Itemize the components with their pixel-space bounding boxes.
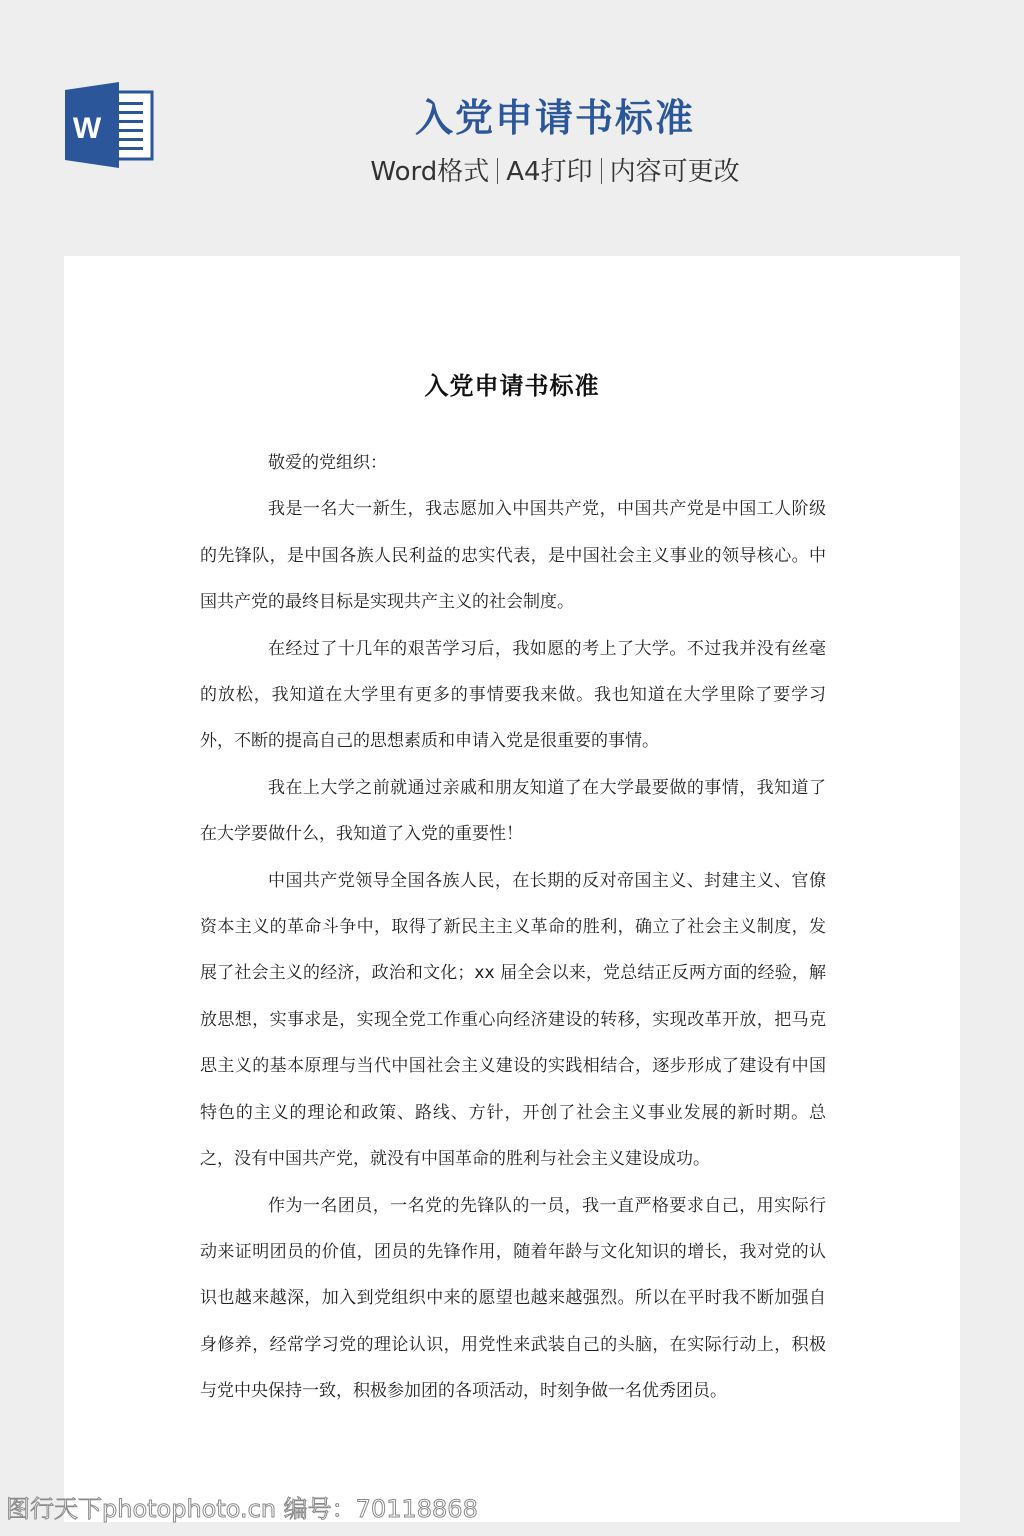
header-banner: W 入党申请书标准 Word格式A4打印内容可更改: [0, 0, 1024, 256]
separator: [497, 158, 498, 184]
paragraph: 中国共产党领导全国各族人民，在长期的反对帝国主义、封建主义、官僚资本主义的革命斗…: [200, 858, 826, 1183]
header-subtitle: Word格式A4打印内容可更改: [330, 152, 780, 192]
header-title: 入党申请书标准: [330, 92, 780, 144]
paragraph: 作为一名团员，一名党的先锋队的一员，我一直严格要求自己，用实际行动来证明团员的价…: [200, 1183, 826, 1415]
document-title: 入党申请书标准: [64, 368, 960, 404]
document-body: 敬爱的党组织： 我是一名大一新生，我志愿加入中国共产党，中国共产党是中国工人阶级…: [200, 440, 826, 1415]
paragraph: 我在上大学之前就通过亲戚和朋友知道了在大学最要做的事情，我知道了在大学要做什么，…: [200, 765, 826, 858]
format-label: Word格式: [370, 157, 489, 187]
svg-text:W: W: [73, 112, 102, 145]
print-label: A4打印: [506, 157, 592, 187]
paragraph: 在经过了十几年的艰苦学习后，我如愿的考上了大学。不过我并没有丝毫的放松，我知道在…: [200, 626, 826, 765]
word-document-icon: W: [65, 82, 155, 168]
watermark: 图行天下photophoto.cn 编号：70118868: [6, 1494, 478, 1524]
editable-label: 内容可更改: [610, 157, 740, 187]
salutation: 敬爱的党组织：: [200, 440, 826, 486]
document-page: 入党申请书标准 敬爱的党组织： 我是一名大一新生，我志愿加入中国共产党，中国共产…: [64, 256, 960, 1522]
paragraph: 我是一名大一新生，我志愿加入中国共产党，中国共产党是中国工人阶级的先锋队，是中国…: [200, 486, 826, 625]
separator: [601, 158, 602, 184]
